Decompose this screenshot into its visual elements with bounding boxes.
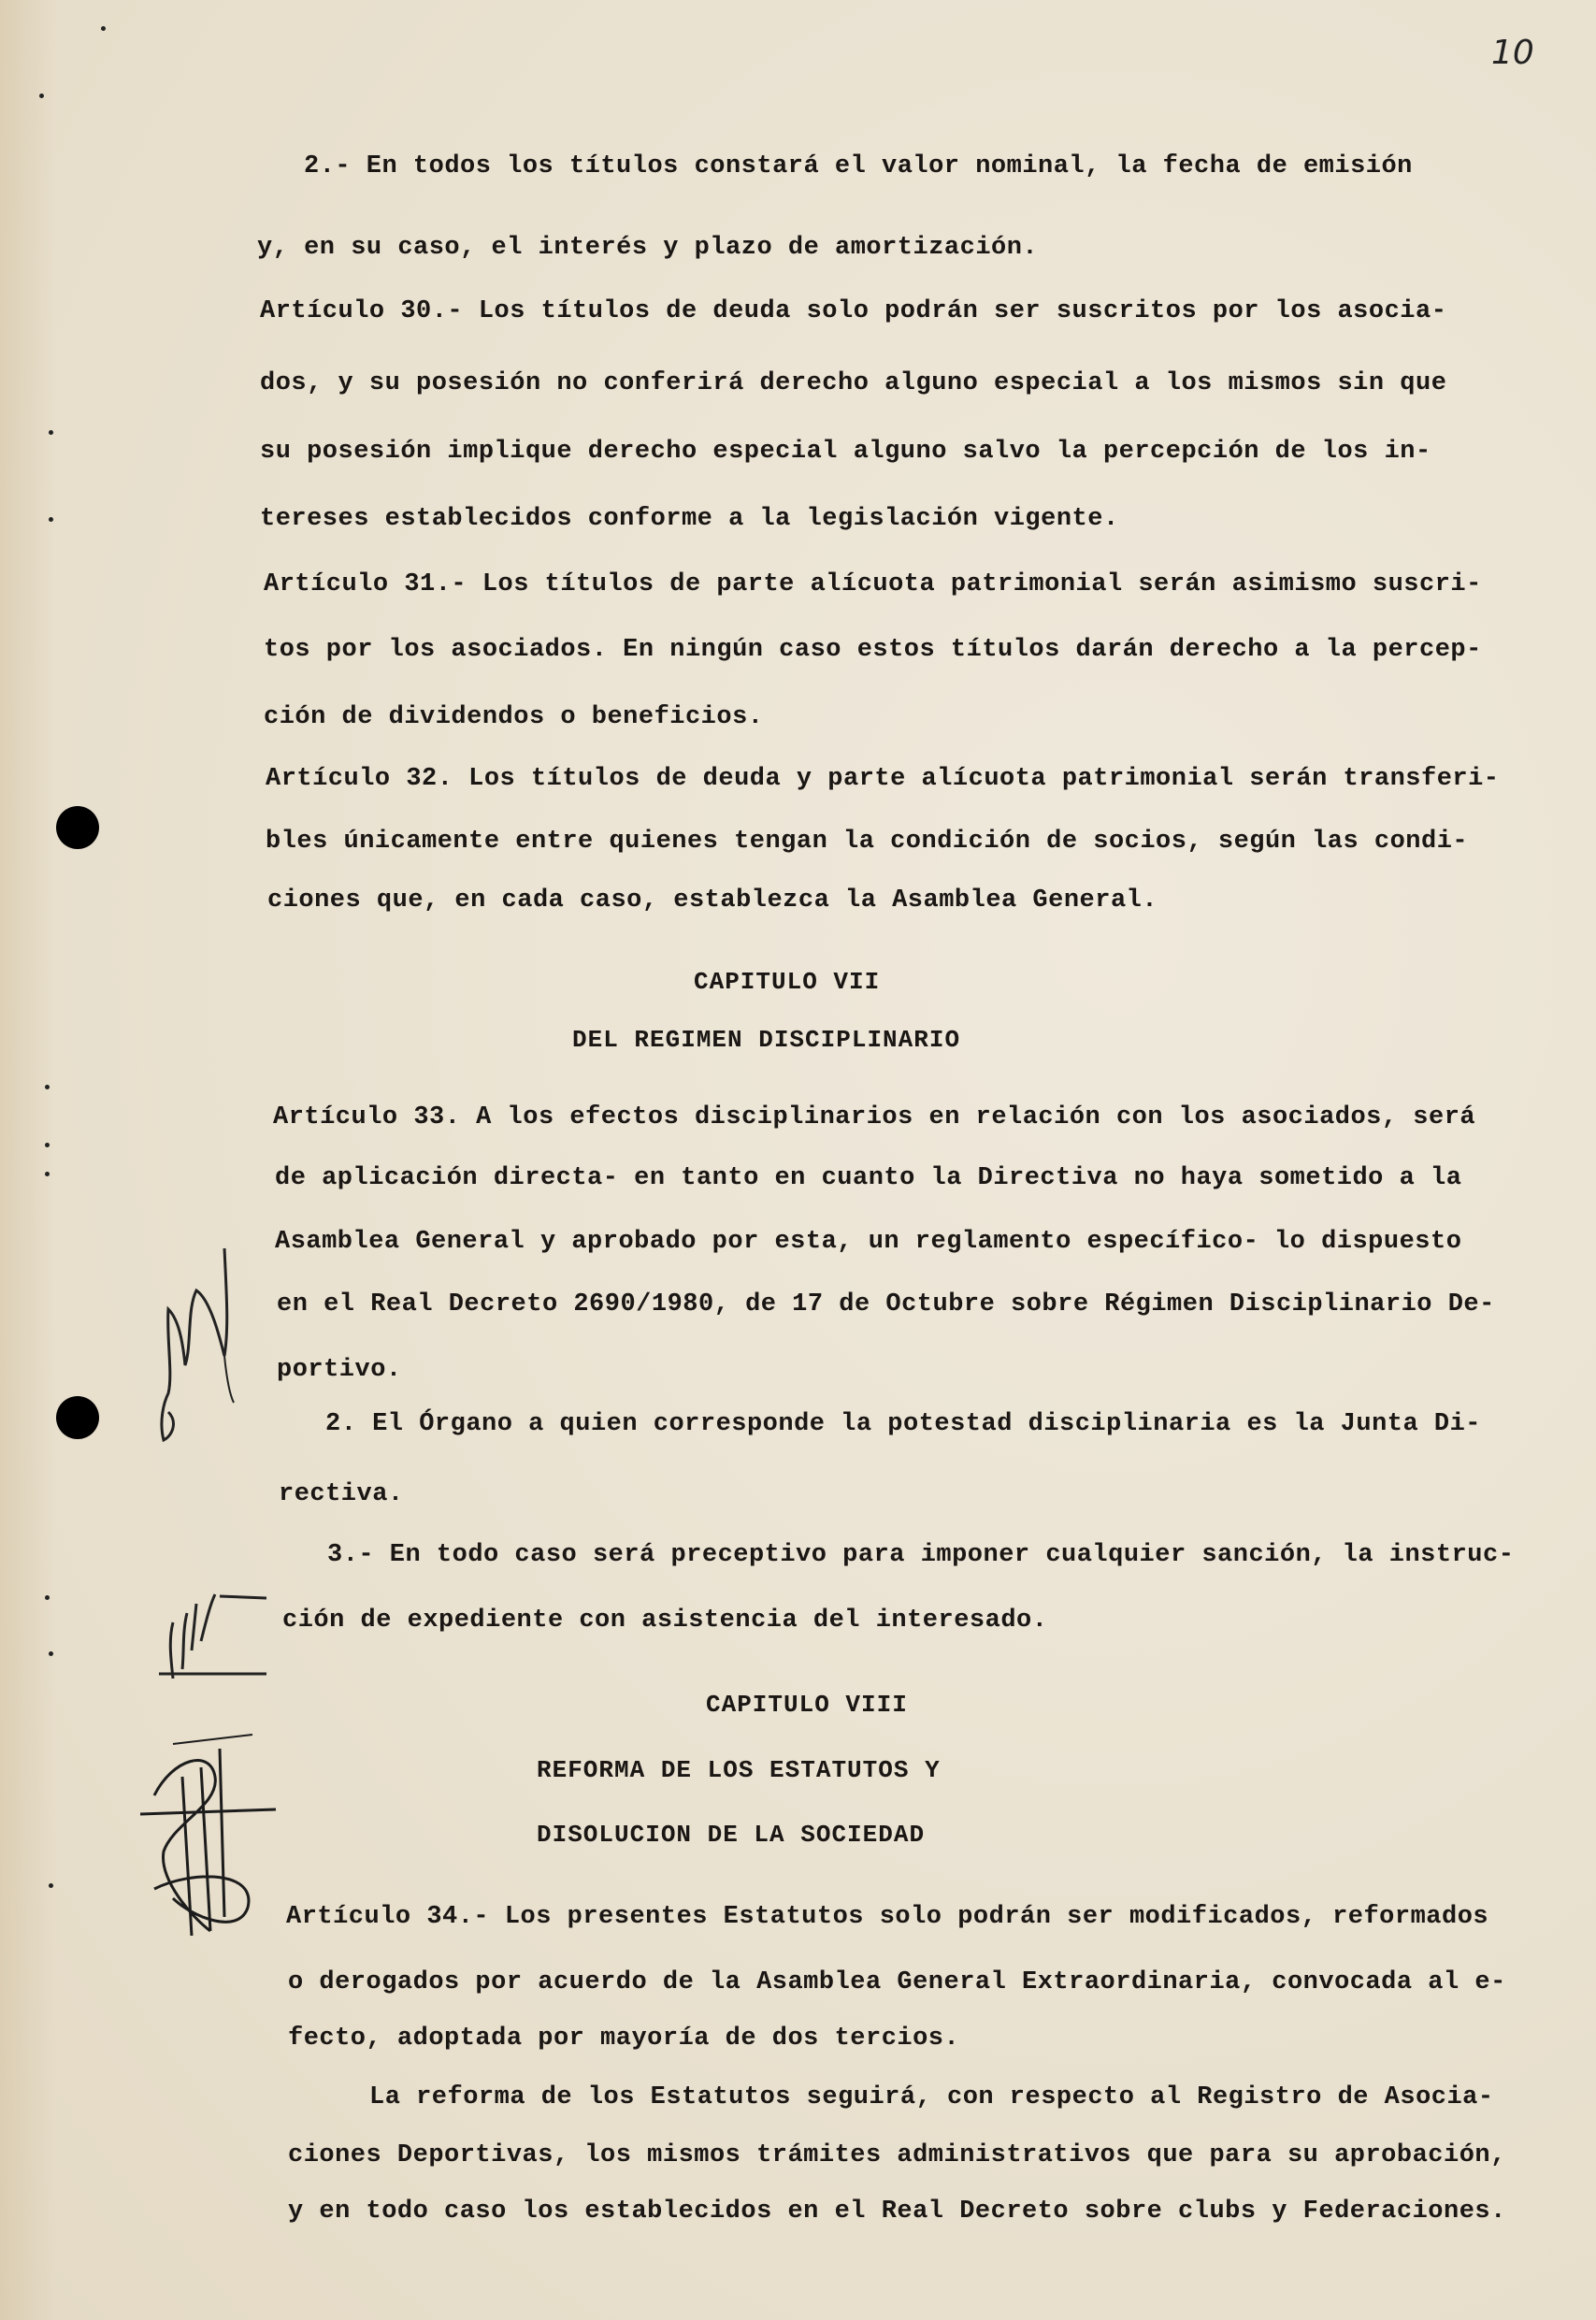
text-line: 2. El Órgano a quien corresponde la pote… <box>325 1410 1481 1438</box>
text-line: en el Real Decreto 2690/1980, de 17 de O… <box>277 1290 1495 1319</box>
page-number: 10 <box>1491 34 1534 72</box>
chapter-heading: CAPITULO VII <box>694 968 880 996</box>
text-line: y en todo caso los establecidos en el Re… <box>288 2198 1506 2226</box>
text-line: Artículo 33. A los efectos disciplinario… <box>273 1103 1475 1131</box>
speck <box>101 26 106 31</box>
speck <box>45 1085 50 1089</box>
text-line: y, en su caso, el interés y plazo de amo… <box>257 234 1038 262</box>
text-line: Artículo 34.- Los presentes Estatutos so… <box>286 1903 1488 1931</box>
text-line: Asamblea General y aprobado por esta, un… <box>275 1228 1461 1256</box>
chapter-heading: DEL REGIMEN DISCIPLINARIO <box>572 1026 960 1054</box>
speck <box>49 1651 53 1656</box>
speck <box>45 1172 50 1176</box>
speck <box>49 430 53 435</box>
text-line: fecto, adoptada por mayoría de dos terci… <box>288 2025 959 2053</box>
text-line: 3.- En todo caso será preceptivo para im… <box>327 1541 1514 1569</box>
signature-3-icon <box>136 1730 285 1945</box>
binder-hole-bottom <box>56 1396 99 1439</box>
text-line: de aplicación directa- en tanto en cuant… <box>275 1164 1461 1192</box>
chapter-heading: DISOLUCION DE LA SOCIEDAD <box>537 1821 925 1849</box>
binder-hole-top <box>56 806 99 849</box>
speck <box>39 94 44 98</box>
scanned-page: 10 2.- En todos los títulos constará el … <box>0 0 1596 2320</box>
text-line: Artículo 31.- Los títulos de parte alícu… <box>264 570 1482 598</box>
text-line: ciones que, en cada caso, establezca la … <box>267 886 1157 915</box>
speck <box>45 1143 50 1147</box>
speck <box>45 1595 50 1600</box>
text-line: o derogados por acuerdo de la Asamblea G… <box>288 1968 1506 1996</box>
text-line: bles únicamente entre quienes tengan la … <box>266 828 1468 856</box>
text-line: ción de dividendos o beneficios. <box>264 703 763 731</box>
chapter-heading: REFORMA DE LOS ESTATUTOS Y <box>537 1756 941 1784</box>
text-line: rectiva. <box>279 1480 404 1508</box>
text-line: ciones Deportivas, los mismos trámites a… <box>288 2141 1506 2169</box>
speck <box>49 1883 53 1888</box>
text-line: ción de expediente con asistencia del in… <box>282 1607 1047 1635</box>
text-line: dos, y su posesión no conferirá derecho … <box>260 369 1446 397</box>
signature-2-icon <box>154 1585 276 1688</box>
text-line: tereses establecidos conforme a la legis… <box>260 505 1119 533</box>
signature-1-icon <box>140 1234 243 1515</box>
text-line: tos por los asociados. En ningún caso es… <box>264 636 1482 664</box>
text-line: Artículo 30.- Los títulos de deuda solo … <box>260 297 1446 325</box>
chapter-heading: CAPITULO VIII <box>706 1691 908 1719</box>
text-line: Artículo 32. Los títulos de deuda y part… <box>266 765 1500 793</box>
speck <box>49 517 53 522</box>
text-line: 2.- En todos los títulos constará el val… <box>304 152 1413 180</box>
text-line: su posesión implique derecho especial al… <box>260 438 1431 466</box>
text-line: La reforma de los Estatutos seguirá, con… <box>369 2083 1494 2111</box>
text-line: portivo. <box>277 1356 402 1384</box>
